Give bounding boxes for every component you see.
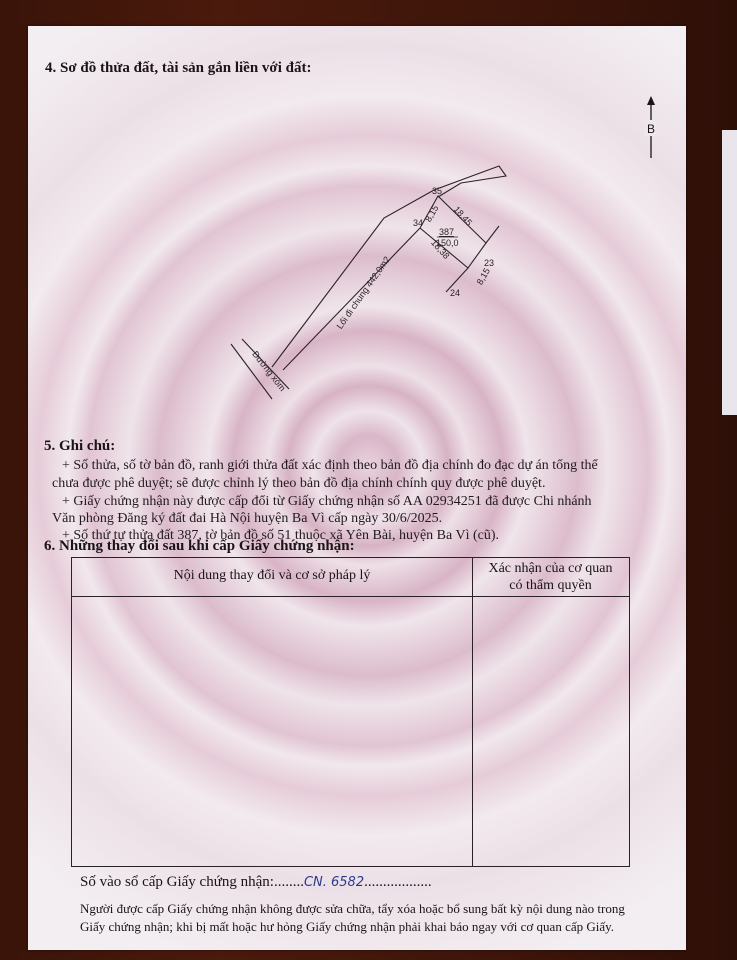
vertex-34: 34 xyxy=(413,218,423,228)
column-header-line-2: có thẩm quyền xyxy=(472,577,629,594)
note-line-1: + Số thửa, số tờ bản đồ, ranh giới thửa … xyxy=(62,458,598,474)
dots-leader: ........ xyxy=(274,874,304,890)
registration-value: CN. 6582 xyxy=(304,875,364,890)
edge-24-23: 8,15 xyxy=(475,266,492,286)
note-line-3: + Giấy chứng nhận này được cấp đổi từ Gi… xyxy=(62,494,592,510)
road-label: Đường xóm xyxy=(250,349,287,393)
table-divider xyxy=(472,558,473,866)
column-header-authority-confirmation: Xác nhận của cơ quan có thẩm quyền xyxy=(472,560,629,594)
registration-number-line: Số vào sổ cấp Giấy chứng nhận:........CN… xyxy=(80,874,432,891)
changes-table: Nội dung thay đổi và cơ sở pháp lý Xác n… xyxy=(71,557,630,867)
parcel-area: 150,0 xyxy=(436,238,459,248)
column-header-line-1: Xác nhận của cơ quan xyxy=(472,560,629,577)
edge-34-35: 8,15 xyxy=(423,203,440,223)
edge-35-23: 18,45 xyxy=(452,204,475,227)
shared-path-label: Lối đi chung 442,0m2 xyxy=(335,255,393,331)
parcel-diagram: 35 34 23 24 8,15 18,45 18,38 8,15 387 15… xyxy=(28,26,686,446)
certificate-notice: Người được cấp Giấy chứng nhận không đượ… xyxy=(80,900,640,936)
vertex-23: 23 xyxy=(484,258,494,268)
vertex-24: 24 xyxy=(450,288,460,298)
note-line-4: Văn phòng Đăng ký đất đai Hà Nội huyện B… xyxy=(52,511,442,527)
note-line-2: chưa được phê duyệt; sẽ được chỉnh lý th… xyxy=(52,476,545,492)
table-header-divider xyxy=(72,596,629,597)
vertex-35: 35 xyxy=(432,186,442,196)
registration-label: Số vào sổ cấp Giấy chứng nhận: xyxy=(80,874,274,890)
section-5-title: 5. Ghi chú: xyxy=(44,438,115,455)
background-photo-edge xyxy=(722,130,737,415)
section-6-title: 6. Những thay đổi sau khi cấp Giấy chứng… xyxy=(44,538,355,555)
parcel-number: 387 xyxy=(439,227,454,237)
dots-trailer: .................. xyxy=(364,874,432,890)
certificate-page: 4. Sơ đồ thửa đất, tài sản gắn liền với … xyxy=(28,26,686,950)
column-header-change-content: Nội dung thay đổi và cơ sở pháp lý xyxy=(72,568,472,584)
